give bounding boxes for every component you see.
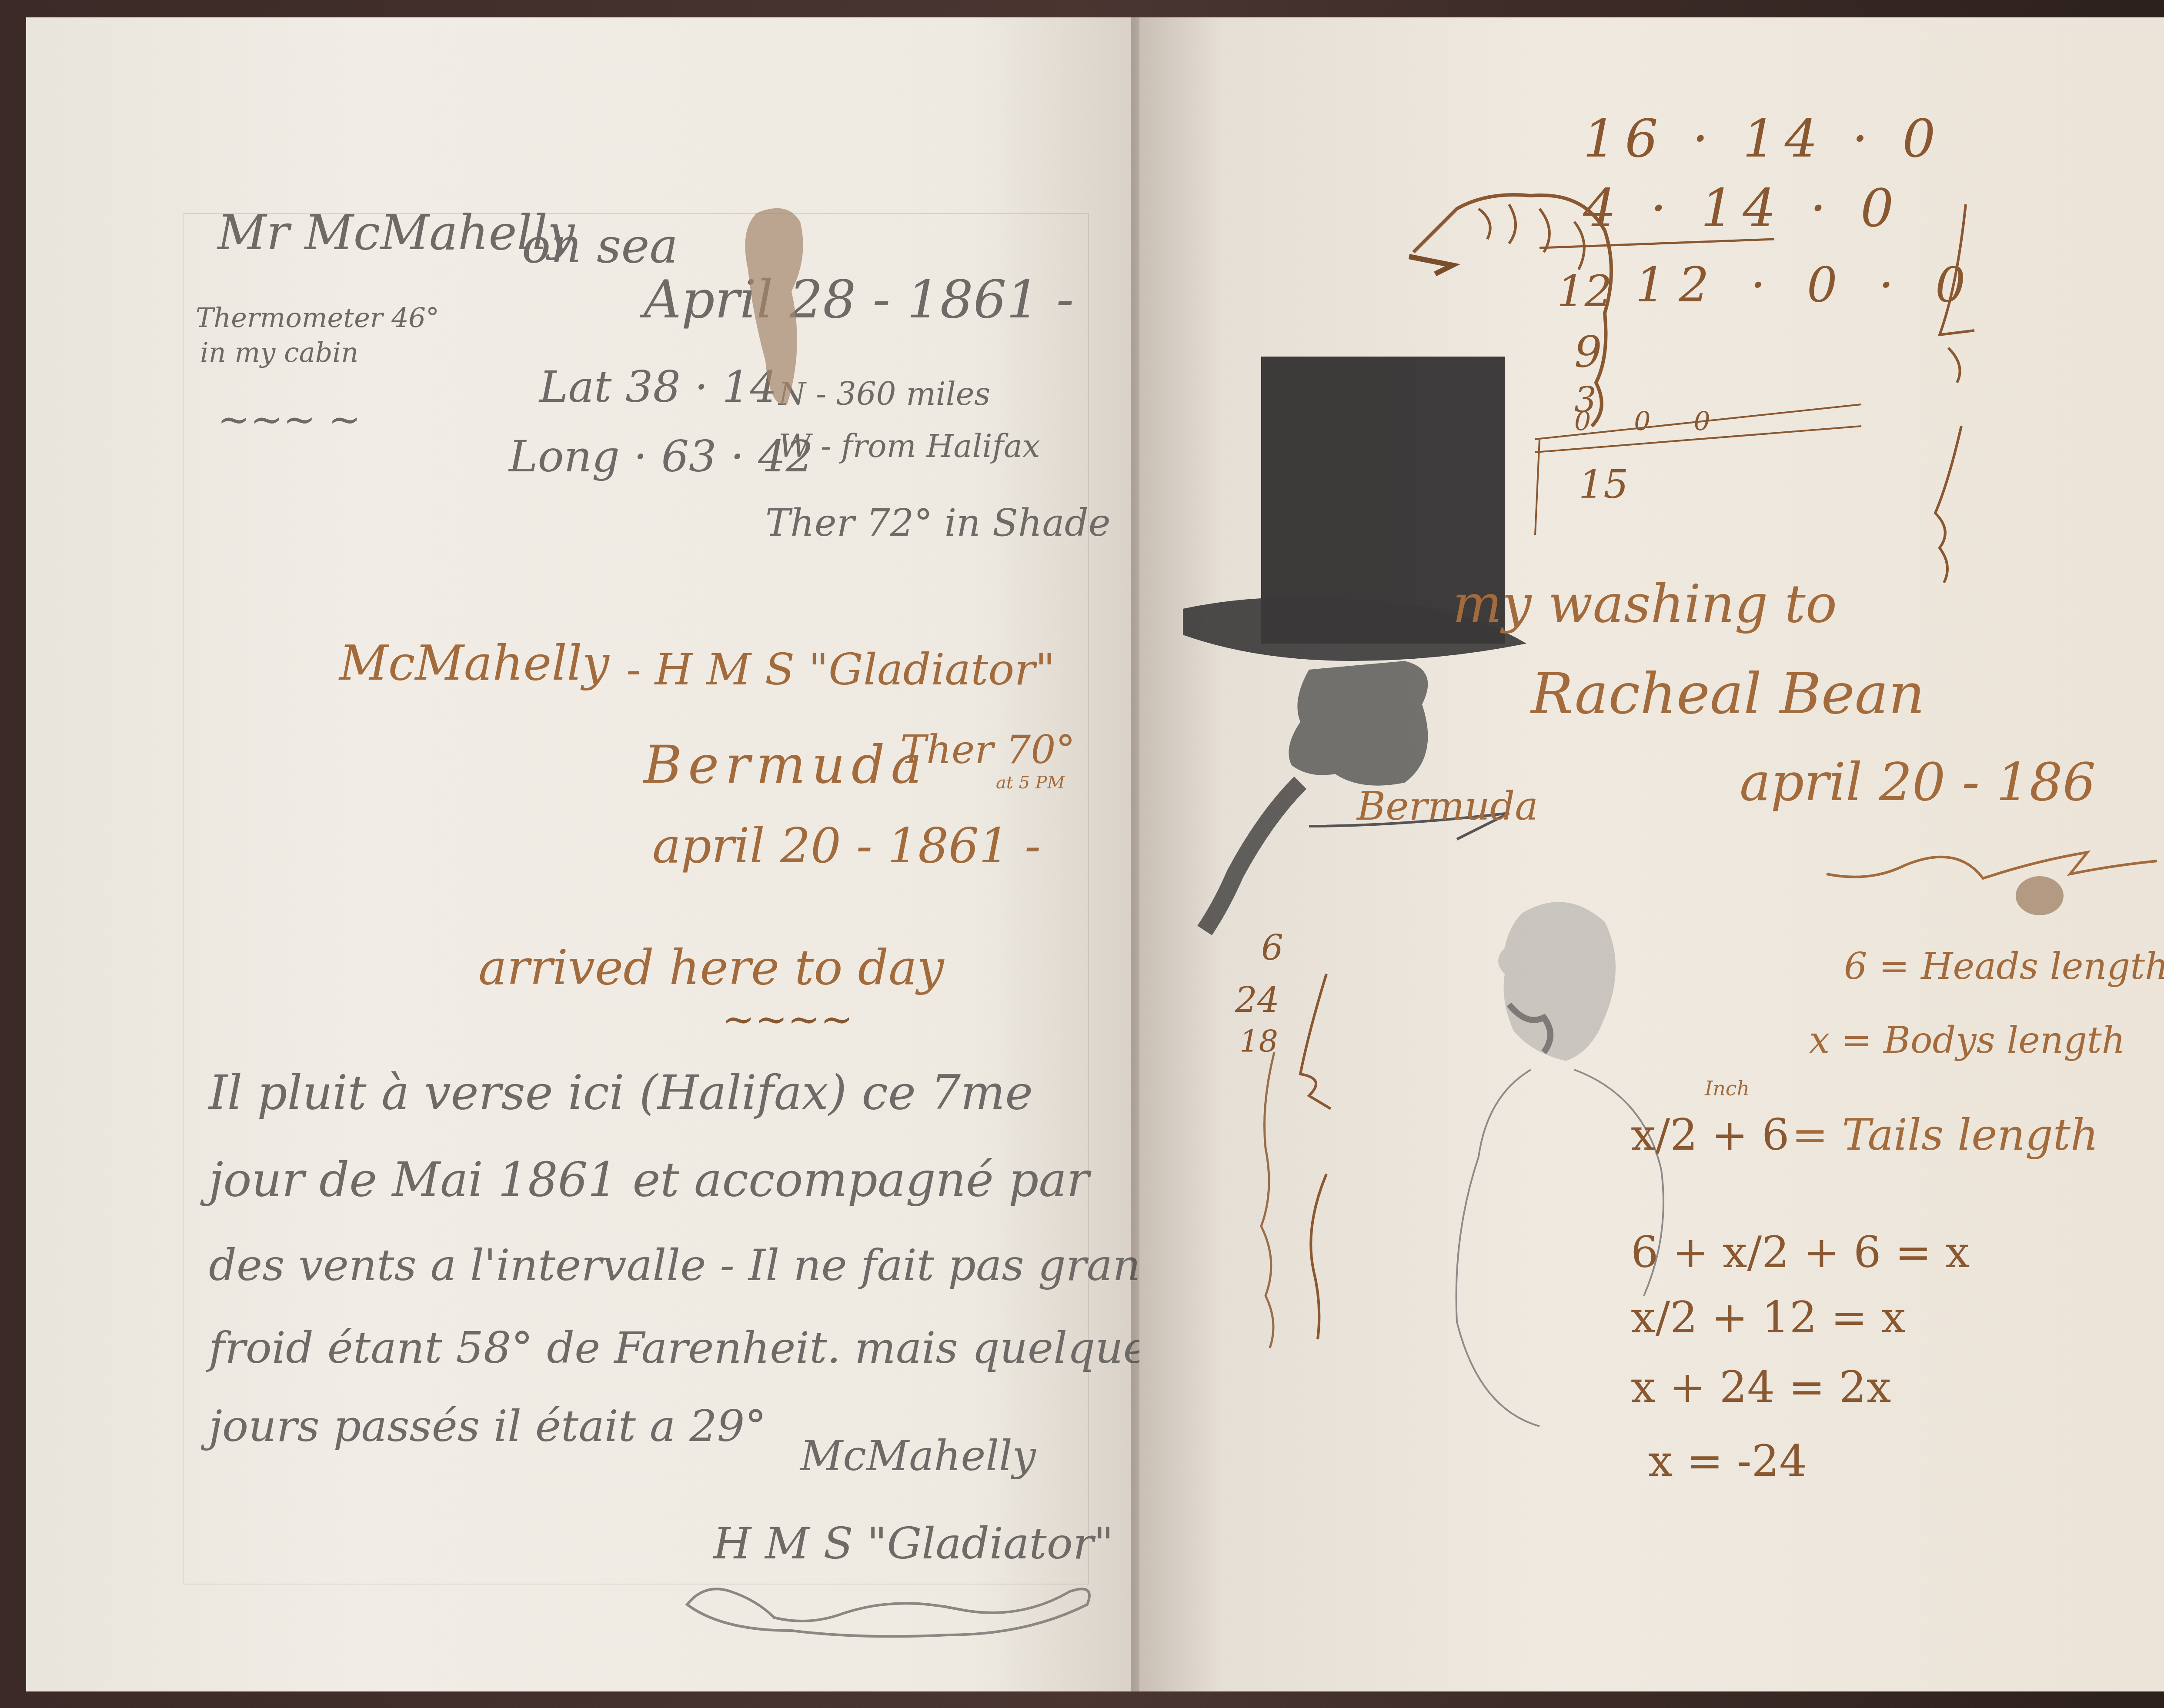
french-ship: H M S "Gladiator"	[713, 1522, 1114, 1565]
french-line1: Il pluit à verse ici (Halifax) ce 7me	[209, 1070, 1033, 1117]
equation-2: 6 + x/2 + 6 = x	[1631, 1231, 1970, 1274]
equation-3: x/2 + 12 = x	[1631, 1296, 1906, 1339]
equation-def1: 6 = Heads length	[1844, 948, 2164, 984]
entry-flourish: ∼∼∼∼	[722, 1000, 853, 1039]
margin-number-6: 6	[1261, 931, 1283, 965]
french-line3: des vents a l'intervalle - Il ne fait pa…	[209, 1244, 1169, 1287]
right-page: 16 · 14 · 0 4 · 14 · 0 12 · 0 · 0 12 9 3…	[1139, 17, 2164, 1691]
bermuda-label: Bermuda	[1357, 787, 1538, 826]
thermometer-line2: in my cabin	[200, 339, 358, 366]
french-line4: froid étant 58° de Farenheit. mais quelq…	[209, 1326, 1171, 1370]
ink-stain	[739, 204, 835, 413]
equation-1-lhs: x/2 + 6	[1631, 1113, 1790, 1157]
left-page: Mr McMahelly on sea Thermometer 46° in m…	[26, 17, 1139, 1691]
longitude: Long · 63 · 42	[509, 435, 813, 478]
brown-spot	[2009, 861, 2079, 931]
equation-superscript: Inch	[1705, 1078, 1750, 1098]
entry-name: McMahelly	[339, 639, 609, 687]
french-line5: jours passés il était a 29°	[209, 1404, 766, 1448]
entry-ship: - H M S "Gladiator"	[626, 648, 1055, 691]
longitude-direction: W - from Halifax	[778, 430, 1040, 462]
equation-1-rhs: = Tails length	[1792, 1113, 2098, 1157]
entry-place: Bermuda	[644, 739, 928, 791]
top-hat-man-sketch	[1179, 330, 1613, 983]
note-line3: april 20 - 186	[1740, 757, 2096, 809]
sum-row1: 16 · 14 · 0	[1583, 113, 1944, 165]
equation-5: x = -24	[1648, 1439, 1807, 1483]
note-flourish	[1827, 835, 2164, 900]
ink-profile-squiggle-icon	[1914, 200, 2000, 591]
french-line2: jour de Mai 1861 et accompagné par	[209, 1157, 1089, 1204]
pencil-flourish	[678, 1565, 1113, 1644]
equation-4: x + 24 = 2x	[1631, 1365, 1891, 1409]
ink-profile-small-icon	[1239, 965, 1370, 1357]
header-location: on sea	[522, 222, 678, 270]
entry-time: at 5 PM	[996, 774, 1065, 791]
entry-date: april 20 - 1861 -	[652, 822, 1041, 870]
entry-thermometer: Ther 70°	[900, 731, 1075, 770]
note-line1: my washing to	[1453, 578, 1837, 630]
sum-row2: 4 · 14 · 0	[1583, 183, 1902, 235]
french-signature: McMahelly	[800, 1435, 1036, 1477]
thermometer-line1: Thermometer 46°	[196, 304, 439, 331]
equation-def2: x = Bodys length	[1809, 1022, 2125, 1058]
entry-note: arrived here to day	[478, 944, 944, 991]
header-date: April 28 - 1861 -	[644, 274, 1074, 326]
tilde-flourish: ~~~ ~	[217, 400, 361, 439]
header-name: Mr McMahelly	[217, 209, 574, 257]
note-line2: Racheal Bean	[1531, 665, 1925, 722]
thermometer-shade: Ther 72° in Shade	[765, 504, 1111, 542]
